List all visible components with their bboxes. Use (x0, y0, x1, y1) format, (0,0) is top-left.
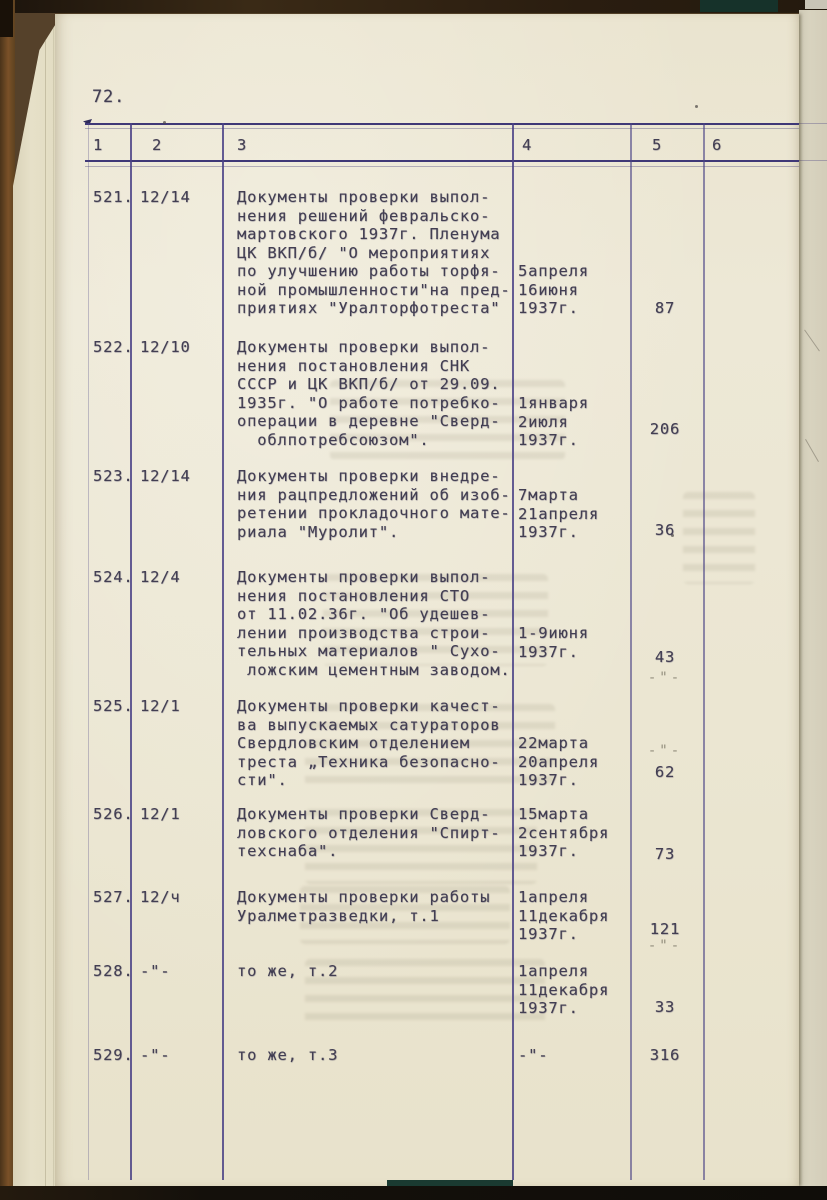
column-header-3: 3 (237, 136, 247, 155)
description-line: приятиях "Уралторфотреста" (237, 299, 532, 318)
date-range: 1января2июля1937г. (518, 394, 633, 450)
description-line: тельных материалов " Сухо- (237, 642, 532, 661)
cover-corner-dark (0, 0, 13, 37)
description-line: Документы проверки выпол- (237, 188, 532, 207)
page-stack-left-edge (13, 16, 57, 1188)
pencil-ditto-mark: -"- (630, 743, 700, 759)
description-line: Документы проверки качест- (237, 697, 532, 716)
date-line: 1937г. (518, 643, 633, 662)
description-line: техснаба". (237, 842, 532, 861)
pencil-ditto-mark: -"- (630, 670, 700, 686)
description-line: по улучшению работы торфя- (237, 262, 532, 281)
file-description: то же, т.2 (237, 962, 532, 981)
inventory-rows: 521.12/14Документы проверки выпол-нения … (88, 188, 799, 1180)
sheet-count: 62 (630, 763, 700, 782)
description-line: Документы проверки выпол- (237, 338, 532, 357)
book-spine-left (0, 0, 15, 1200)
description-line: ной промышленности"на пред- (237, 281, 532, 300)
description-line: нения постановления СНК (237, 357, 532, 376)
file-description: Документы проверки выпол-нения решений ф… (237, 188, 532, 318)
file-description: Документы проверки выпол-нения постановл… (237, 568, 532, 679)
date-line: 1937г. (518, 299, 633, 318)
date-line: 1апреля (518, 962, 633, 981)
table-row: 524.12/4Документы проверки выпол-нения п… (88, 568, 799, 697)
row-number: 527. (93, 888, 137, 907)
file-description: Документы проверки работыУралметразведки… (237, 888, 532, 925)
row-number: 528. (93, 962, 137, 981)
date-line: 1937г. (518, 999, 633, 1018)
sheet-count: 43 (630, 648, 700, 667)
table-row: 525.12/1Документы проверки качест-ва вып… (88, 697, 799, 805)
description-line: Документы проверки внедре- (237, 467, 532, 486)
description-line: ва выпускаемых сатураторов (237, 716, 532, 735)
pencil-stroke (804, 330, 820, 352)
fund-number: 12/14 (140, 188, 228, 207)
page-number: 72. (92, 88, 125, 107)
date-line: 22марта (518, 734, 633, 753)
file-description: Документы проверки внедре-ния рацпредлож… (237, 467, 532, 541)
sheet-count: 73 (630, 845, 700, 864)
document-page: 72. 1 2 3 4 5 6 521.12/14Документы пр (55, 14, 799, 1186)
date-line: 2июля (518, 413, 633, 432)
row-number: 523. (93, 467, 137, 486)
header-bottom-border (85, 160, 799, 162)
date-line: -"- (518, 1046, 633, 1065)
date-line: 15марта (518, 805, 633, 824)
fund-number: 12/4 (140, 568, 228, 587)
description-line: сти". (237, 771, 532, 790)
table-top-border (85, 123, 799, 125)
date-line: 1937г. (518, 771, 633, 790)
row-number: 529. (93, 1046, 137, 1065)
table-row: 523.12/14Документы проверки внедре-ния р… (88, 467, 799, 568)
column-header-5: 5 (652, 136, 662, 155)
description-line: 1935г. "О работе потребко- (237, 394, 532, 413)
description-line: то же, т.3 (237, 1046, 532, 1065)
description-line: мартовского 1937г. Пленума (237, 225, 532, 244)
file-description: то же, т.3 (237, 1046, 532, 1065)
description-line: Документы проверки работы (237, 888, 532, 907)
description-line: СССР и ЦК ВКП/б/ от 29.09. (237, 375, 532, 394)
date-line: 11декабря (518, 981, 633, 1000)
fund-number: 12/1 (140, 805, 228, 824)
description-line: от 11.02.36г. "Об удешев- (237, 605, 532, 624)
date-line: 11декабря (518, 907, 633, 926)
column-header-4: 4 (522, 136, 532, 155)
row-number: 526. (93, 805, 137, 824)
description-line: ловского отделения "Спирт- (237, 824, 532, 843)
page-edge-line (53, 16, 54, 1188)
description-line: ЦК ВКП/б/ "О мероприятиях (237, 244, 532, 263)
date-range: 15марта2сентября1937г. (518, 805, 633, 861)
description-line: нения решений февральско- (237, 207, 532, 226)
date-line: 20апреля (518, 753, 633, 772)
sheet-count: 87 (630, 299, 700, 318)
date-line: 1апреля (518, 888, 633, 907)
file-description: Документы проверки Сверд-ловского отделе… (237, 805, 532, 861)
sheet-count: 121 (630, 920, 700, 939)
date-range: 7марта21апреля1937г. (518, 486, 633, 542)
date-range: 1апреля11декабря1937г. (518, 962, 633, 1018)
book-cover-bottom-edge (0, 1186, 827, 1200)
description-line: Документы проверки выпол- (237, 568, 532, 587)
description-line: облпотребсоюзом". (237, 431, 532, 450)
pencil-ditto-mark: -"- (630, 938, 700, 954)
column-header-2: 2 (152, 136, 162, 155)
date-range: 1апреля11декабря1937г. (518, 888, 633, 944)
row-number: 521. (93, 188, 137, 207)
date-line: 1937г. (518, 925, 633, 944)
cover-cloth-patch-top (700, 0, 778, 12)
fund-number: 12/14 (140, 467, 228, 486)
underlying-page-right-edge (799, 10, 827, 1186)
date-line: 16июня (518, 281, 633, 300)
description-line: Свердловским отделением (237, 734, 532, 753)
date-range: 5апреля16июня1937г. (518, 262, 633, 318)
table-top-border-ghost (85, 128, 799, 129)
description-line: лении производства строи- (237, 624, 532, 643)
description-line: ретении прокладочного мате- (237, 504, 532, 523)
fund-number: -"- (140, 962, 228, 981)
date-line: 21апреля (518, 505, 633, 524)
pencil-stroke (805, 439, 819, 462)
fund-number: 12/10 (140, 338, 228, 357)
dust-speck (695, 105, 698, 108)
table-row: 522.12/10Документы проверки выпол-нения … (88, 338, 799, 467)
date-line: 1937г. (518, 842, 633, 861)
page-corner-sliver (805, 0, 827, 9)
header-bottom-border-ghost (85, 166, 799, 167)
table-row: 528.-"-то же, т.21апреля11декабря1937г.3… (88, 962, 799, 1046)
table-row: 527.12/чДокументы проверки работыУралмет… (88, 888, 799, 962)
column-header-1: 1 (93, 136, 103, 155)
table-line-continuation (799, 123, 827, 124)
date-line: 1937г. (518, 431, 633, 450)
sheet-count: 206 (630, 420, 700, 439)
table-row: 529.-"-то же, т.3-"-316 (88, 1046, 799, 1156)
description-line: операции в деревне "Сверд- (237, 412, 532, 431)
row-number: 522. (93, 338, 137, 357)
date-range: 22марта20апреля1937г. (518, 734, 633, 790)
table-row: 521.12/14Документы проверки выпол-нения … (88, 188, 799, 338)
description-line: нения постановления СТО (237, 587, 532, 606)
sheet-count: 36 (630, 521, 700, 540)
file-description: Документы проверки качест-ва выпускаемых… (237, 697, 532, 790)
description-line: то же, т.2 (237, 962, 532, 981)
fund-number: 12/ч (140, 888, 228, 907)
description-line: ния рацпредложений об изоб- (237, 486, 532, 505)
sheet-count: 316 (630, 1046, 700, 1065)
description-line: ложским цементным заводом. (237, 661, 532, 680)
archival-scan: 72. 1 2 3 4 5 6 521.12/14Документы пр (0, 0, 827, 1200)
date-line: 2сентября (518, 824, 633, 843)
date-line: 5апреля (518, 262, 633, 281)
date-line: 1-9июня (518, 624, 633, 643)
fund-number: 12/1 (140, 697, 228, 716)
date-line: 1937г. (518, 523, 633, 542)
sheet-count: 33 (630, 998, 700, 1017)
date-range: -"- (518, 1046, 633, 1065)
row-number: 524. (93, 568, 137, 587)
file-description: Документы проверки выпол-нения постановл… (237, 338, 532, 449)
table-row: 526.12/1Документы проверки Сверд-ловског… (88, 805, 799, 888)
date-line: 7марта (518, 486, 633, 505)
date-line: 1января (518, 394, 633, 413)
fund-number: -"- (140, 1046, 228, 1065)
table-line-continuation (799, 160, 827, 161)
date-range: 1-9июня1937г. (518, 624, 633, 661)
description-line: риала "Муролит". (237, 523, 532, 542)
description-line: Документы проверки Сверд- (237, 805, 532, 824)
column-header-6: 6 (712, 136, 722, 155)
dust-speck (163, 121, 166, 124)
row-number: 525. (93, 697, 137, 716)
description-line: Уралметразведки, т.1 (237, 907, 532, 926)
page-edge-line (45, 16, 46, 1188)
description-line: треста „Техника безопасно- (237, 753, 532, 772)
